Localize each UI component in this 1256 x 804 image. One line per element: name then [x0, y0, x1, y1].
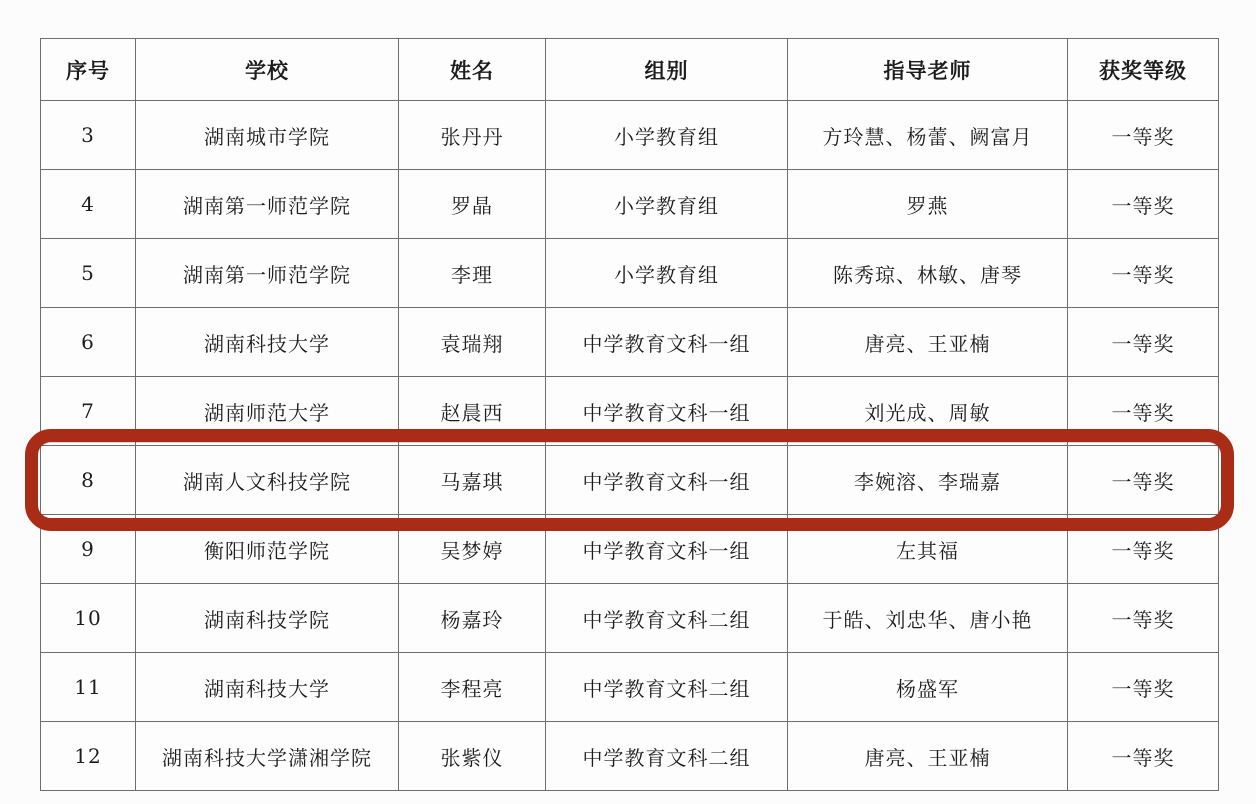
- cell-name: 张丹丹: [399, 101, 546, 170]
- cell-name: 罗晶: [399, 170, 546, 239]
- cell-name: 赵晨西: [399, 377, 546, 446]
- cell-no: 8: [41, 446, 136, 515]
- cell-no: 7: [41, 377, 136, 446]
- cell-award: 一等奖: [1068, 722, 1219, 791]
- cell-award: 一等奖: [1068, 239, 1219, 308]
- cell-no: 5: [41, 239, 136, 308]
- table-header: 序号学校姓名组别指导老师获奖等级: [41, 39, 1219, 101]
- cell-school: 湖南城市学院: [136, 101, 399, 170]
- cell-school: 湖南师范大学: [136, 377, 399, 446]
- cell-school: 湖南第一师范学院: [136, 239, 399, 308]
- cell-teachers: 方玲慧、杨蕾、阙富月: [788, 101, 1068, 170]
- cell-teachers: 陈秀琼、林敏、唐琴: [788, 239, 1068, 308]
- cell-name: 马嘉琪: [399, 446, 546, 515]
- table-row: 8湖南人文科技学院马嘉琪中学教育文科一组李婉溶、李瑞嘉一等奖: [41, 446, 1219, 515]
- cell-group: 中学教育文科一组: [546, 515, 788, 584]
- cell-name: 杨嘉玲: [399, 584, 546, 653]
- cell-award: 一等奖: [1068, 653, 1219, 722]
- cell-school: 湖南科技大学: [136, 653, 399, 722]
- cell-teachers: 于皓、刘忠华、唐小艳: [788, 584, 1068, 653]
- cell-name: 张紫仪: [399, 722, 546, 791]
- cell-teachers: 杨盛军: [788, 653, 1068, 722]
- cell-no: 12: [41, 722, 136, 791]
- table-row: 10湖南科技学院杨嘉玲中学教育文科二组于皓、刘忠华、唐小艳一等奖: [41, 584, 1219, 653]
- cell-teachers: 李婉溶、李瑞嘉: [788, 446, 1068, 515]
- cell-name: 吴梦婷: [399, 515, 546, 584]
- cell-group: 小学教育组: [546, 101, 788, 170]
- column-header: 获奖等级: [1068, 39, 1219, 101]
- cell-school: 湖南科技学院: [136, 584, 399, 653]
- column-header: 指导老师: [788, 39, 1068, 101]
- cell-name: 李程亮: [399, 653, 546, 722]
- cell-school: 湖南人文科技学院: [136, 446, 399, 515]
- cell-teachers: 左其福: [788, 515, 1068, 584]
- award-table: 序号学校姓名组别指导老师获奖等级 3湖南城市学院张丹丹小学教育组方玲慧、杨蕾、阙…: [40, 38, 1219, 791]
- column-header: 序号: [41, 39, 136, 101]
- table-row: 7湖南师范大学赵晨西中学教育文科一组刘光成、周敏一等奖: [41, 377, 1219, 446]
- cell-no: 3: [41, 101, 136, 170]
- table-row: 4湖南第一师范学院罗晶小学教育组罗燕一等奖: [41, 170, 1219, 239]
- table-row: 5湖南第一师范学院李理小学教育组陈秀琼、林敏、唐琴一等奖: [41, 239, 1219, 308]
- cell-award: 一等奖: [1068, 515, 1219, 584]
- cell-no: 4: [41, 170, 136, 239]
- cell-teachers: 唐亮、王亚楠: [788, 308, 1068, 377]
- table-row: 3湖南城市学院张丹丹小学教育组方玲慧、杨蕾、阙富月一等奖: [41, 101, 1219, 170]
- cell-name: 李理: [399, 239, 546, 308]
- cell-no: 9: [41, 515, 136, 584]
- table-row: 9衡阳师范学院吴梦婷中学教育文科一组左其福一等奖: [41, 515, 1219, 584]
- cell-award: 一等奖: [1068, 377, 1219, 446]
- cell-teachers: 刘光成、周敏: [788, 377, 1068, 446]
- cell-award: 一等奖: [1068, 584, 1219, 653]
- table-body: 3湖南城市学院张丹丹小学教育组方玲慧、杨蕾、阙富月一等奖4湖南第一师范学院罗晶小…: [41, 101, 1219, 791]
- column-header: 组别: [546, 39, 788, 101]
- cell-award: 一等奖: [1068, 101, 1219, 170]
- cell-teachers: 唐亮、王亚楠: [788, 722, 1068, 791]
- cell-school: 湖南第一师范学院: [136, 170, 399, 239]
- header-row: 序号学校姓名组别指导老师获奖等级: [41, 39, 1219, 101]
- document-page: 序号学校姓名组别指导老师获奖等级 3湖南城市学院张丹丹小学教育组方玲慧、杨蕾、阙…: [0, 0, 1256, 804]
- cell-group: 小学教育组: [546, 170, 788, 239]
- column-header: 姓名: [399, 39, 546, 101]
- cell-group: 中学教育文科一组: [546, 308, 788, 377]
- cell-no: 11: [41, 653, 136, 722]
- table-row: 12湖南科技大学潇湘学院张紫仪中学教育文科二组唐亮、王亚楠一等奖: [41, 722, 1219, 791]
- cell-group: 中学教育文科一组: [546, 377, 788, 446]
- cell-no: 6: [41, 308, 136, 377]
- cell-group: 小学教育组: [546, 239, 788, 308]
- cell-name: 袁瑞翔: [399, 308, 546, 377]
- cell-school: 湖南科技大学: [136, 308, 399, 377]
- cell-award: 一等奖: [1068, 446, 1219, 515]
- table-row: 11湖南科技大学李程亮中学教育文科二组杨盛军一等奖: [41, 653, 1219, 722]
- cell-school: 湖南科技大学潇湘学院: [136, 722, 399, 791]
- cell-award: 一等奖: [1068, 308, 1219, 377]
- cell-no: 10: [41, 584, 136, 653]
- cell-group: 中学教育文科二组: [546, 722, 788, 791]
- cell-award: 一等奖: [1068, 170, 1219, 239]
- cell-teachers: 罗燕: [788, 170, 1068, 239]
- cell-group: 中学教育文科一组: [546, 446, 788, 515]
- column-header: 学校: [136, 39, 399, 101]
- table-row: 6湖南科技大学袁瑞翔中学教育文科一组唐亮、王亚楠一等奖: [41, 308, 1219, 377]
- cell-group: 中学教育文科二组: [546, 653, 788, 722]
- cell-school: 衡阳师范学院: [136, 515, 399, 584]
- cell-group: 中学教育文科二组: [546, 584, 788, 653]
